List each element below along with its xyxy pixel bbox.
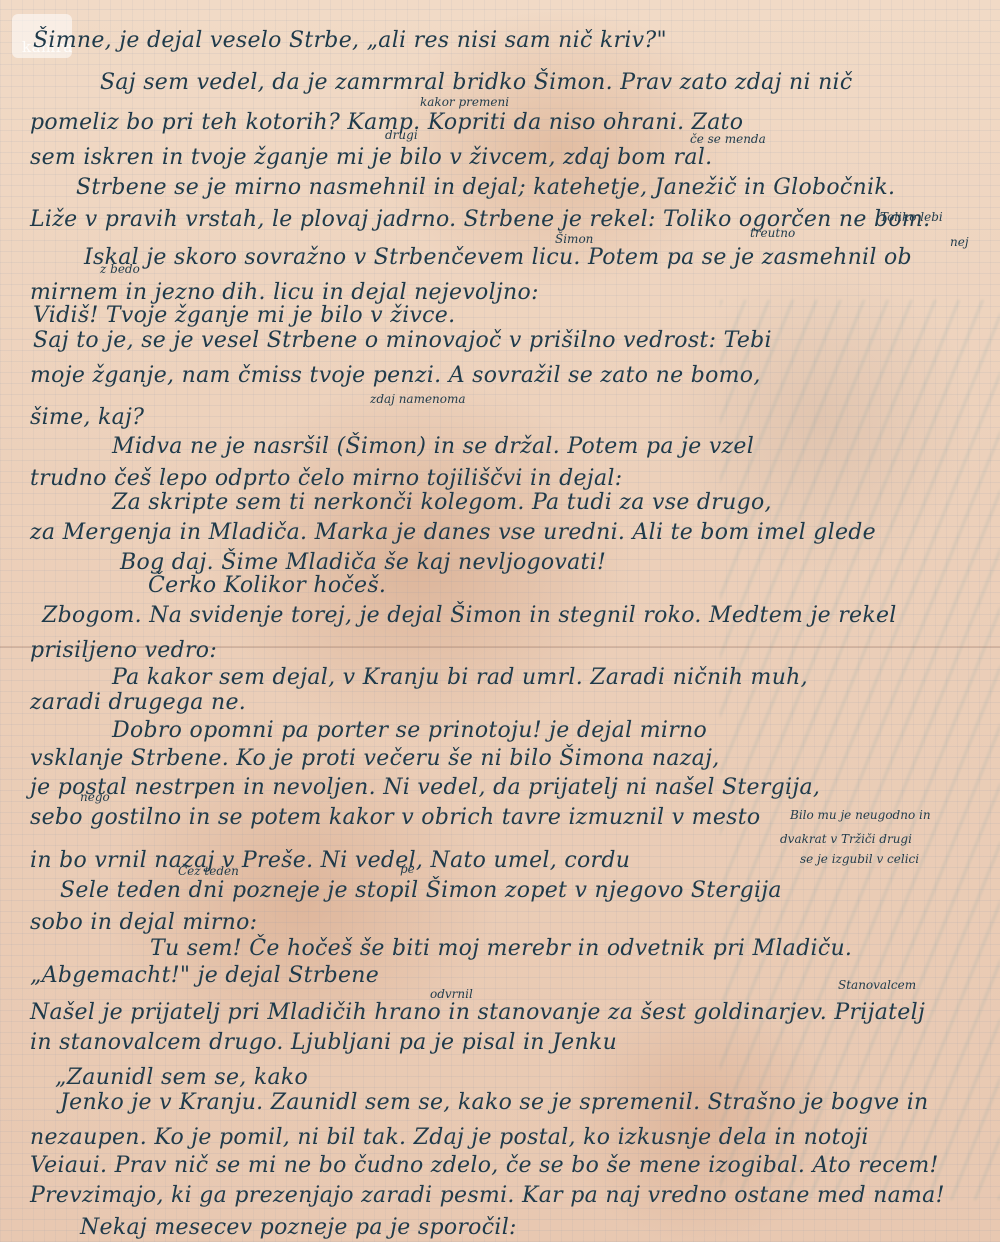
- manuscript-line: Iskal je skoro sovražno v Strbenčevem li…: [84, 245, 912, 270]
- manuscript-line: Našel je prijatelj pri Mladičih hrano in…: [30, 1000, 925, 1025]
- manuscript-line: Zbogom. Na svidenje torej, je dejal Šimo…: [42, 603, 897, 628]
- manuscript-line: Veiaui. Prav nič se mi ne bo čudno zdelo…: [30, 1153, 939, 1178]
- manuscript-line: Strbene se je mirno nasmehnil in dejal; …: [76, 175, 895, 200]
- manuscript-page: kamra Šimne, je dejal veselo Strbe, „ali…: [0, 0, 1000, 1242]
- manuscript-line: Jenko je v Kranju. Zaunidl sem se, kako …: [60, 1090, 929, 1115]
- manuscript-line: prisiljeno vedro:: [30, 638, 217, 663]
- manuscript-line: Vidiš! Tvoje žganje mi je bilo v živce.: [33, 303, 455, 328]
- manuscript-line: Tu sem! Če hočeš še biti moj merebr in o…: [150, 936, 852, 961]
- manuscript-line: Liže v pravih vrstah, le plovaj jadrno. …: [30, 207, 930, 232]
- interlinear-insertion: Šimon: [555, 232, 593, 246]
- manuscript-line: „Zaunidl sem se, kako: [55, 1065, 308, 1090]
- interlinear-insertion: Čez teden: [178, 864, 239, 878]
- manuscript-line: Midva ne je nasršil (Šimon) in se držal.…: [112, 434, 754, 459]
- manuscript-line: „Abgemacht!" je dejal Strbene: [30, 963, 379, 988]
- interlinear-insertion: treutno: [750, 226, 795, 240]
- manuscript-line: sem iskren in tvoje žganje mi je bilo v …: [30, 145, 712, 170]
- interlinear-insertion: zdaj namenoma: [370, 392, 466, 406]
- ink-bleed-through: [720, 300, 1000, 1200]
- manuscript-line: vsklanje Strbene. Ko je proti večeru še …: [30, 746, 720, 771]
- interlinear-insertion: se je izgubil v celici: [800, 852, 919, 866]
- manuscript-line: in bo vrnil nazaj v Preše. Ni vedel, Nat…: [30, 848, 630, 873]
- manuscript-line: mirnem in jezno dih. licu in dejal nejev…: [30, 280, 539, 305]
- manuscript-line: Pa kakor sem dejal, v Kranju bi rad umrl…: [112, 665, 808, 690]
- manuscript-line: Čerko Kolikor hočeš.: [148, 573, 386, 598]
- manuscript-line: za Mergenja in Mladiča. Marka je danes v…: [30, 520, 876, 545]
- interlinear-insertion: kakor premeni: [420, 95, 509, 109]
- manuscript-line: Za skripte sem ti nerkonči kolegom. Pa t…: [112, 490, 772, 515]
- manuscript-line: Saj to je, se je vesel Strbene o minovaj…: [33, 328, 772, 353]
- interlinear-insertion: drugi: [385, 128, 418, 142]
- interlinear-insertion: nego: [80, 790, 110, 804]
- manuscript-line: zaradi drugega ne.: [30, 690, 246, 715]
- interlinear-insertion: Stanovalcem: [838, 978, 916, 992]
- interlinear-insertion: če se menda: [690, 132, 766, 146]
- manuscript-line: Bog daj. Šime Mladiča še kaj nevljogovat…: [120, 550, 606, 575]
- manuscript-line: nezaupen. Ko je pomil, ni bil tak. Zdaj …: [30, 1125, 869, 1150]
- manuscript-line: Dobro opomni pa porter se prinotoju! je …: [112, 718, 707, 743]
- manuscript-line: sebo gostilno in se potem kakor v obrich…: [30, 805, 760, 830]
- manuscript-line: Nekaj mesecev pozneje pa je sporočil:: [80, 1215, 517, 1240]
- interlinear-insertion: Toliko lebi: [880, 210, 943, 224]
- interlinear-insertion: odvrnil: [430, 987, 473, 1001]
- manuscript-line: moje žganje, nam čmiss tvoje penzi. A so…: [30, 363, 761, 388]
- interlinear-insertion: Bilo mu je neugodno in: [790, 808, 931, 822]
- manuscript-line: šime, kaj?: [30, 405, 144, 430]
- manuscript-line: Sele teden dni pozneje je stopil Šimon z…: [60, 878, 782, 903]
- manuscript-line: trudno češ lepo odprto čelo mirno tojili…: [30, 466, 622, 491]
- manuscript-line: Šimne, je dejal veselo Strbe, „ali res n…: [33, 28, 667, 53]
- interlinear-insertion: pe: [400, 862, 415, 876]
- interlinear-insertion: dvakrat v Tržiči drugi: [780, 832, 912, 846]
- manuscript-line: sobo in dejal mirno:: [30, 910, 257, 935]
- manuscript-line: je postal nestrpen in nevoljen. Ni vedel…: [30, 775, 820, 800]
- interlinear-insertion: z bedo: [100, 262, 140, 276]
- manuscript-line: Saj sem vedel, da je zamrmral bridko Šim…: [100, 70, 853, 95]
- manuscript-line: Prevzimajo, ki ga prezenjajo zaradi pesm…: [30, 1183, 945, 1208]
- manuscript-line: in stanovalcem drugo. Ljubljani pa je pi…: [30, 1030, 617, 1055]
- interlinear-insertion: nej: [950, 235, 969, 249]
